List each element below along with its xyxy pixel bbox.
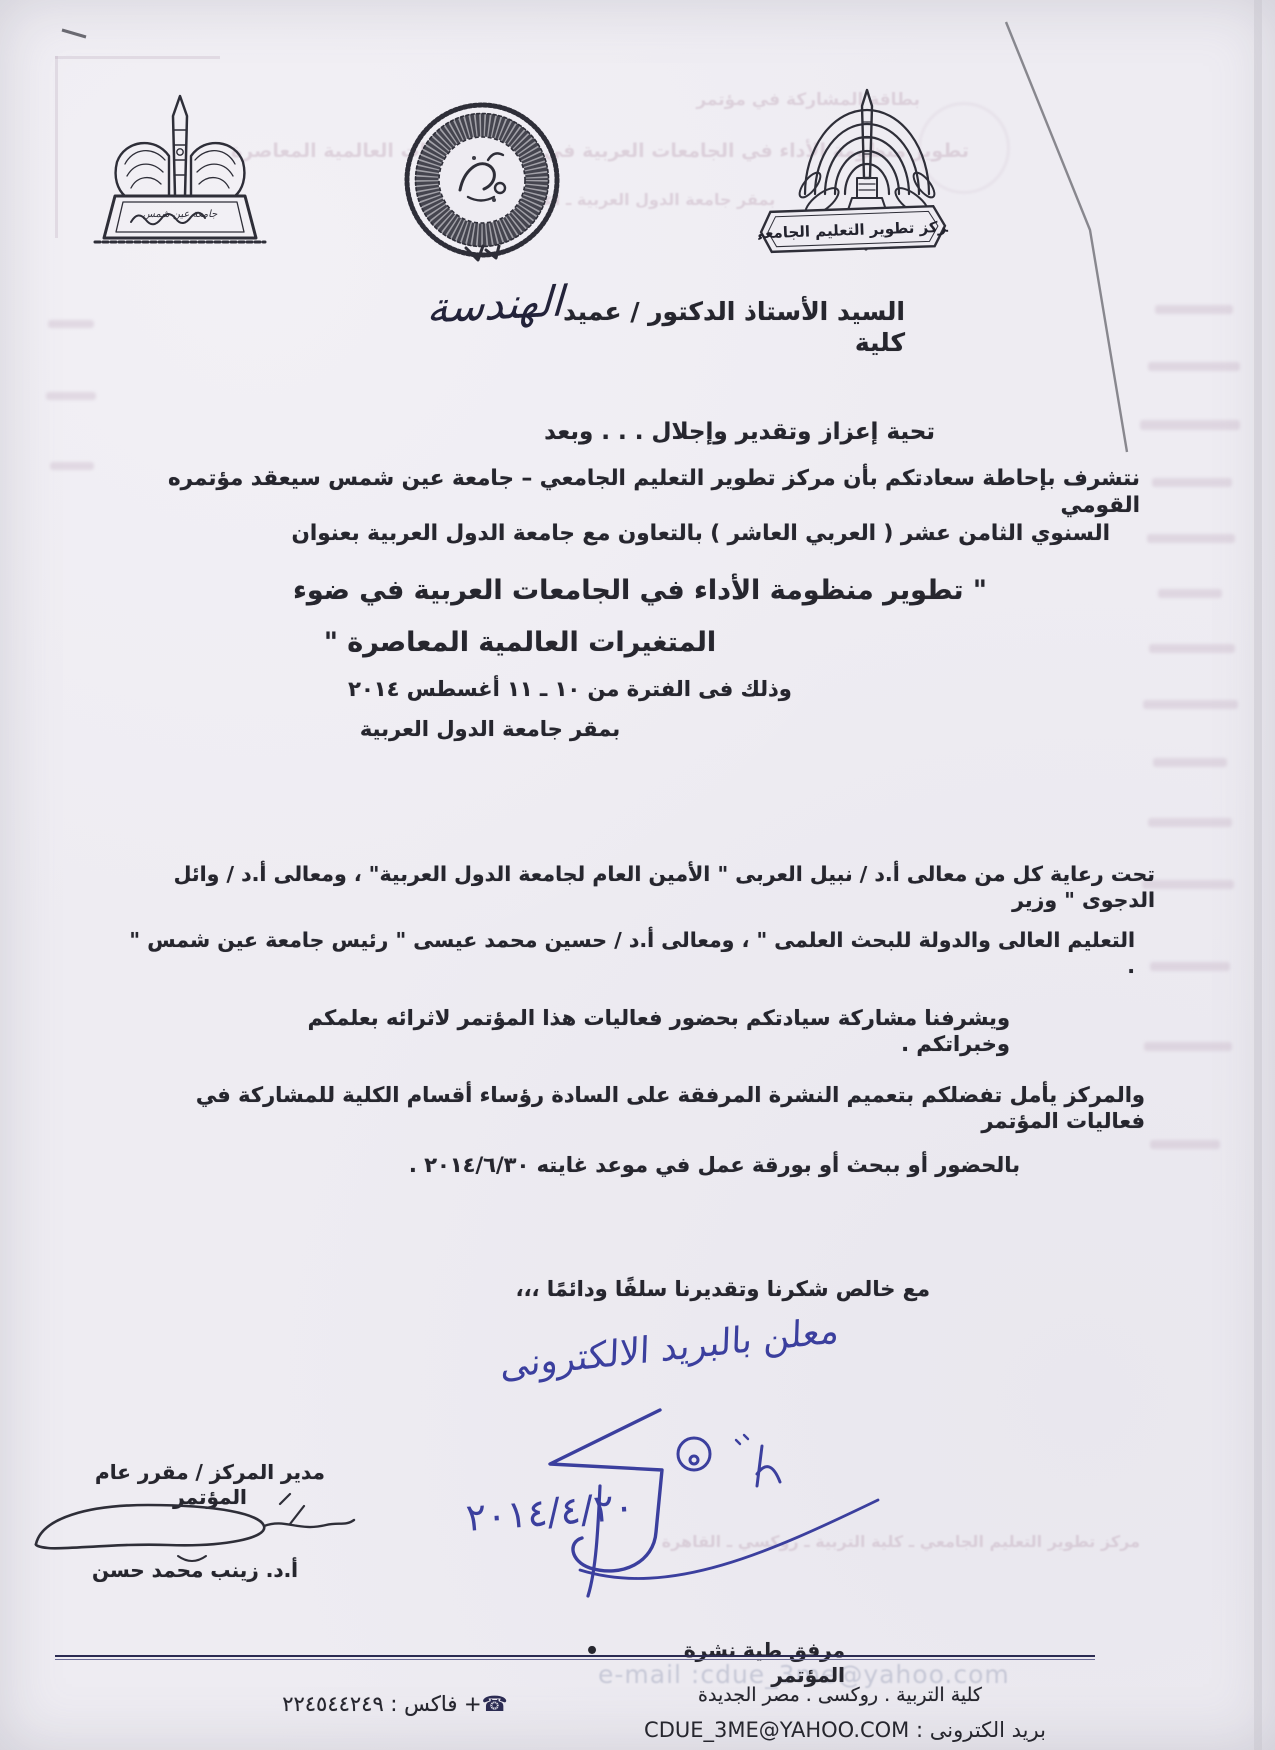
footer-address: كلية التربية . روكسى . مصر الجديدة [630, 1684, 1050, 1708]
patronage-line2: التعليم العالى والدولة للبحث العلمى " ، … [125, 928, 1135, 979]
bleedthrough-smudge [46, 392, 96, 400]
conference-date-line: وذلك فى الفترة من ١٠ ـ ١١ أغسطس ٢٠١٤ [280, 676, 860, 702]
bleedthrough-smudge [1149, 644, 1235, 653]
ghost-frame-line [55, 56, 58, 238]
cdue-banner: مركز تطوير التعليم الجامعي [757, 203, 948, 256]
patronage-line1: تحت رعاية كل من معالى أ.د / نبيل العربى … [115, 862, 1155, 913]
closing-line: مع خالص شكرنا وتقديرنا سلفًا ودائمًا ،،، [475, 1276, 930, 1302]
footer-email-line: بريد الكترونى : CDUE_3ME@YAHOO.COM [600, 1718, 1090, 1742]
scanned-letter-page: بطاقة المشاركة في مؤتمر تطوير منظومة الأ… [0, 0, 1275, 1750]
bullet-icon: • [585, 1638, 599, 1666]
bleedthrough-smudge [1143, 700, 1238, 709]
bleedthrough-smudge [1148, 362, 1240, 371]
bleedthrough-smudge [1140, 420, 1240, 430]
bleedthrough-smudge [1152, 478, 1232, 487]
bleedthrough-smudge [1150, 962, 1230, 971]
bleedthrough-smudge [1147, 534, 1235, 543]
footer-rule [55, 1655, 1095, 1660]
bleedthrough-smudge [1153, 758, 1227, 767]
attachment-text: مرفق طية نشرة المؤتمر [611, 1638, 845, 1688]
intro-line2: السنوي الثامن عشر ( العربي العاشر ) بالت… [150, 521, 1110, 548]
bleedthrough-smudge [1150, 1140, 1220, 1149]
greeting-line: تحية إعزاز وتقدير وإجلال . . . وبعد [430, 418, 935, 447]
fax-number: + فاكس : ٢٢٤٥٤٤٢٤٩ [282, 1692, 481, 1716]
ain-shams-caption: جامعة عين شمس [143, 209, 218, 220]
attachment-note: • مرفق طية نشرة المؤتمر [585, 1638, 845, 1688]
footer-fax-line: ☎+ فاكس : ٢٢٤٥٤٤٢٤٩ [215, 1691, 575, 1717]
conference-title-line1: " تطوير منظومة الأداء في الجامعات العربي… [220, 574, 1060, 608]
bleedthrough-smudge [1155, 305, 1233, 314]
bleedthrough-smudge [1142, 880, 1234, 889]
bleedthrough-smudge [1144, 1042, 1232, 1051]
ain-shams-university-emblem: جامعة عين شمس [85, 90, 275, 260]
ghost-frame-line [55, 56, 220, 59]
signer-name: أ.د. زينب محمد حسن [70, 1558, 320, 1583]
request-line2: بالحضور أو ببحث أو بورقة عمل في موعد غاي… [255, 1152, 1020, 1178]
handwritten-note: معلن بالبريد الالكترونى [421, 1302, 920, 1396]
conference-title-line2: المتغيرات العالمية المعاصرة " [180, 626, 860, 660]
intro-line1: نتشرف بإحاطة سعادتكم بأن مركز تطوير التع… [150, 466, 1140, 520]
bleedthrough-smudge [48, 320, 94, 328]
request-line1: والمركز يأمل تفضلكم بتعميم النشرة المرفق… [130, 1082, 1145, 1135]
bleedthrough-smudge [1148, 818, 1232, 827]
participation-line: ويشرفنا مشاركة سيادتكم بحضور فعاليات هذا… [240, 1005, 1010, 1058]
conference-venue-line: بمقر جامعة الدول العربية [230, 716, 750, 742]
arab-league-seal [402, 100, 562, 265]
bleedthrough-smudge [50, 462, 94, 470]
telephone-icon: ☎ [482, 1692, 508, 1716]
bleedthrough-smudge [1158, 589, 1222, 598]
